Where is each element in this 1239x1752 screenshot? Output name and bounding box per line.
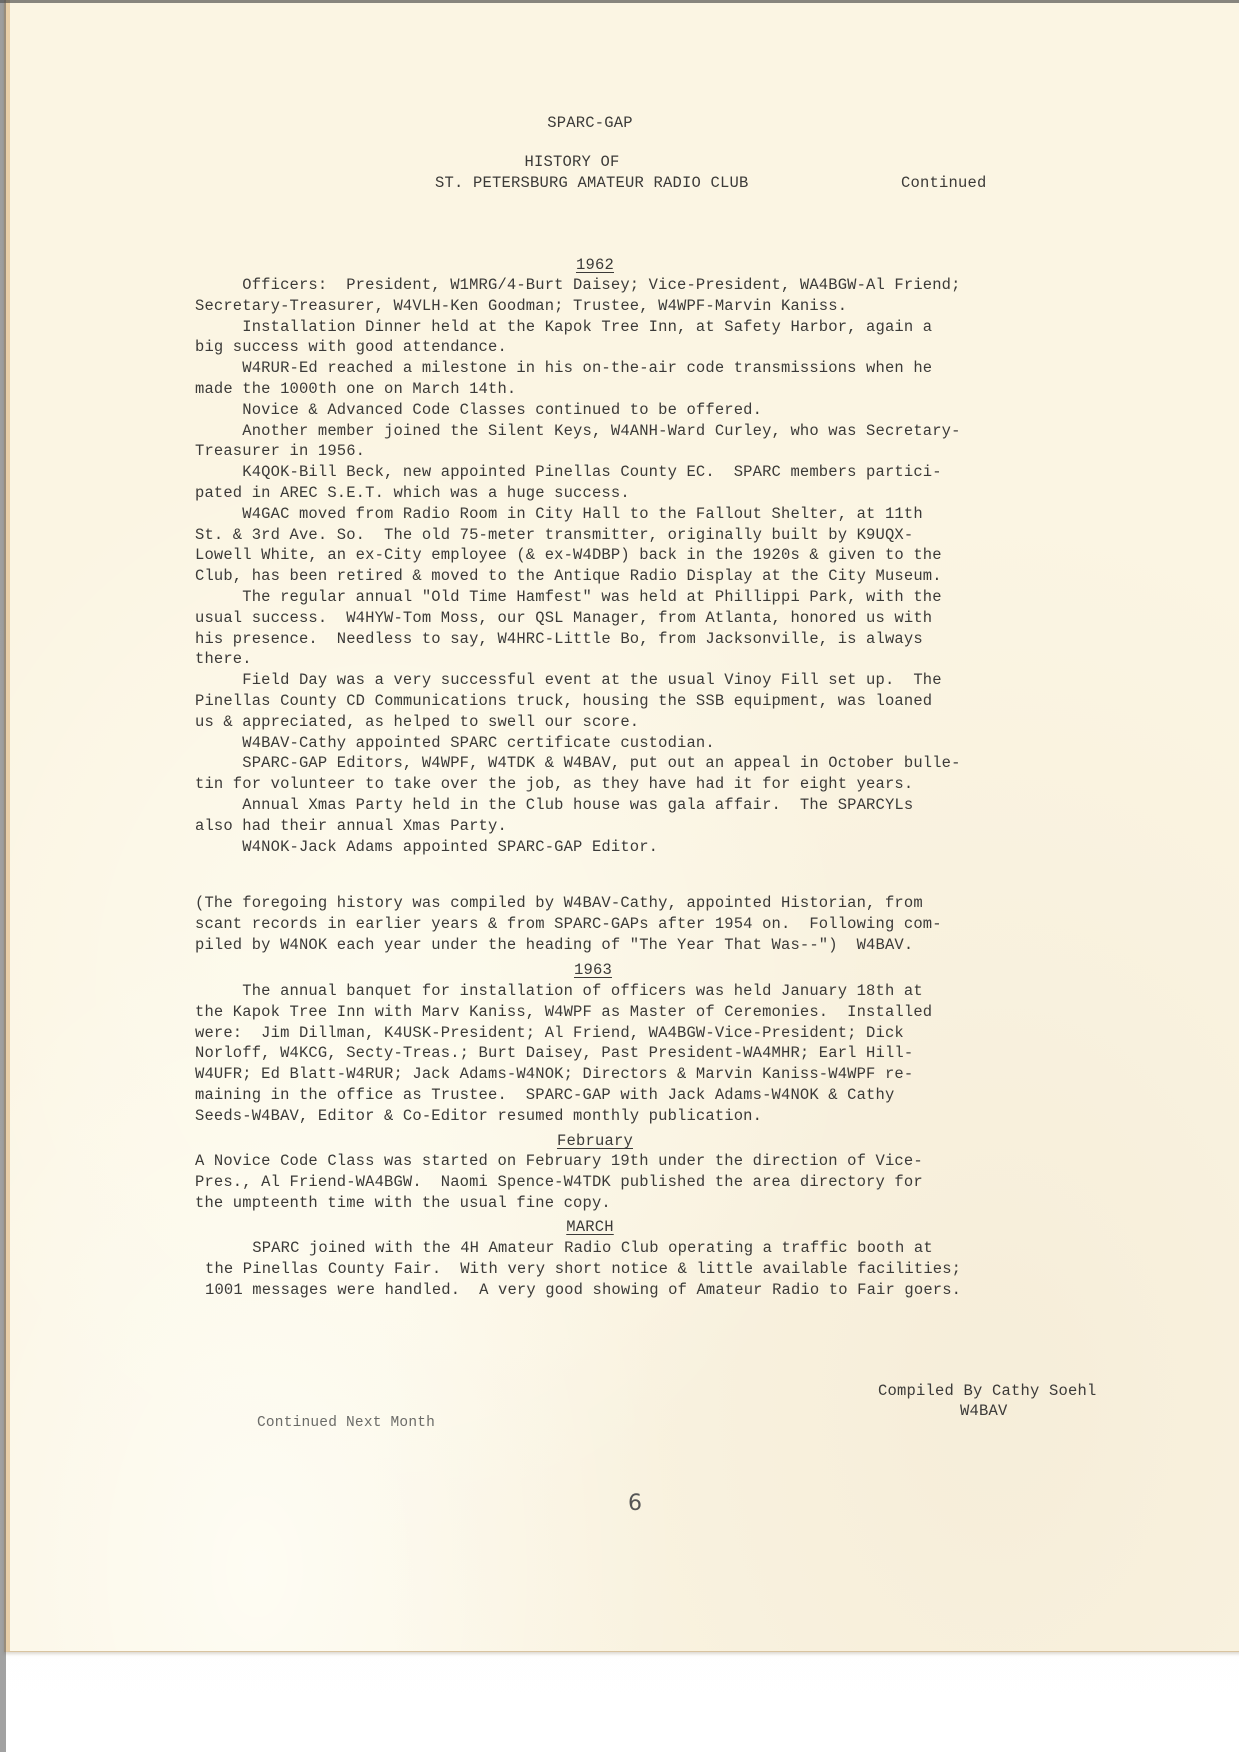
page-number: 6 — [628, 1494, 642, 1514]
section-body-february: A Novice Code Class was started on Febru… — [195, 1151, 1075, 1213]
text-line: 1001 messages were handled. A very good … — [205, 1280, 1085, 1301]
text-line: Pinellas County CD Communications truck,… — [195, 691, 1075, 712]
text-line: piled by W4NOK each year under the headi… — [195, 935, 1075, 956]
text-line: scant records in earlier years & from SP… — [195, 914, 1075, 935]
text-line: usual success. W4HYW-Tom Moss, our QSL M… — [195, 608, 1075, 629]
text-line: SPARC joined with the 4H Amateur Radio C… — [205, 1238, 1085, 1259]
title-line-2: ST. PETERSBURG AMATEUR RADIO CLUB — [435, 173, 749, 193]
continued-label: Continued — [901, 173, 987, 193]
compiled-by: Compiled By Cathy Soehl — [878, 1381, 1097, 1401]
text-line: tin for volunteer to take over the job, … — [195, 774, 1075, 795]
text-line: Installation Dinner held at the Kapok Tr… — [195, 317, 1075, 338]
text-line: SPARC-GAP Editors, W4WPF, W4TDK & W4BAV,… — [195, 753, 1075, 774]
text-line: Annual Xmas Party held in the Club house… — [195, 795, 1075, 816]
text-line: the Pinellas County Fair. With very shor… — [205, 1259, 1085, 1280]
text-line: were: Jim Dillman, K4USK-President; Al F… — [195, 1023, 1075, 1044]
section-body-1962: Officers: President, W1MRG/4-Burt Daisey… — [195, 275, 1075, 857]
text-line: (The foregoing history was compiled by W… — [195, 893, 1075, 914]
text-line: A Novice Code Class was started on Febru… — [195, 1151, 1075, 1172]
text-line: Treasurer in 1956. — [195, 441, 1075, 462]
title-line-1: HISTORY OF — [437, 152, 707, 172]
continued-next-month: Continued Next Month — [257, 1413, 435, 1433]
text-line: us & appreciated, as helped to swell our… — [195, 712, 1075, 733]
section-heading-march: MARCH — [550, 1217, 630, 1237]
text-line: Pres., Al Friend-WA4BGW. Naomi Spence-W4… — [195, 1172, 1075, 1193]
text-line: Secretary-Treasurer, W4VLH-Ken Goodman; … — [195, 296, 1075, 317]
text-line: Club, has been retired & moved to the An… — [195, 566, 1075, 587]
text-line: K4QOK-Bill Beck, new appointed Pinellas … — [195, 462, 1075, 483]
text-line: St. & 3rd Ave. So. The old 75-meter tran… — [195, 525, 1075, 546]
text-line: Officers: President, W1MRG/4-Burt Daisey… — [195, 275, 1075, 296]
text-line: the Kapok Tree Inn with Marv Kaniss, W4W… — [195, 1002, 1075, 1023]
historian-note: (The foregoing history was compiled by W… — [195, 893, 1075, 955]
compiler-callsign: W4BAV — [960, 1401, 1008, 1421]
text-line: Seeds-W4BAV, Editor & Co-Editor resumed … — [195, 1106, 1075, 1127]
scan-left-edge — [0, 0, 6, 1752]
text-line: his presence. Needless to say, W4HRC-Lit… — [195, 629, 1075, 650]
text-line: big success with good attendance. — [195, 337, 1075, 358]
section-heading-1963: 1963 — [558, 960, 628, 980]
text-line: Lowell White, an ex-City employee (& ex-… — [195, 545, 1075, 566]
text-line: W4GAC moved from Radio Room in City Hall… — [195, 504, 1075, 525]
text-line: Norloff, W4KCG, Secty-Treas.; Burt Daise… — [195, 1043, 1075, 1064]
text-line: maining in the office as Trustee. SPARC-… — [195, 1085, 1075, 1106]
text-line: W4BAV-Cathy appointed SPARC certificate … — [195, 733, 1075, 754]
scan-top-edge — [0, 0, 1239, 3]
text-line: W4UFR; Ed Blatt-W4RUR; Jack Adams-W4NOK;… — [195, 1064, 1075, 1085]
text-line: Another member joined the Silent Keys, W… — [195, 421, 1075, 442]
section-body-1963: The annual banquet for installation of o… — [195, 981, 1075, 1127]
section-heading-february: February — [545, 1131, 645, 1151]
text-line: made the 1000th one on March 14th. — [195, 379, 1075, 400]
text-line: The annual banquet for installation of o… — [195, 981, 1075, 1002]
text-line: pated in AREC S.E.T. which was a huge su… — [195, 483, 1075, 504]
text-line: The regular annual "Old Time Hamfest" wa… — [195, 587, 1075, 608]
section-body-march: SPARC joined with the 4H Amateur Radio C… — [205, 1238, 1085, 1300]
text-line: Field Day was a very successful event at… — [195, 670, 1075, 691]
text-line: W4RUR-Ed reached a milestone in his on-t… — [195, 358, 1075, 379]
text-line: also had their annual Xmas Party. — [195, 816, 1075, 837]
section-heading-1962: 1962 — [560, 255, 630, 275]
text-line: the umpteenth time with the usual fine c… — [195, 1193, 1075, 1214]
text-line: W4NOK-Jack Adams appointed SPARC-GAP Edi… — [195, 837, 1075, 858]
text-line: there. — [195, 649, 1075, 670]
text-line: Novice & Advanced Code Classes continued… — [195, 400, 1075, 421]
publication-name: SPARC-GAP — [520, 113, 660, 133]
